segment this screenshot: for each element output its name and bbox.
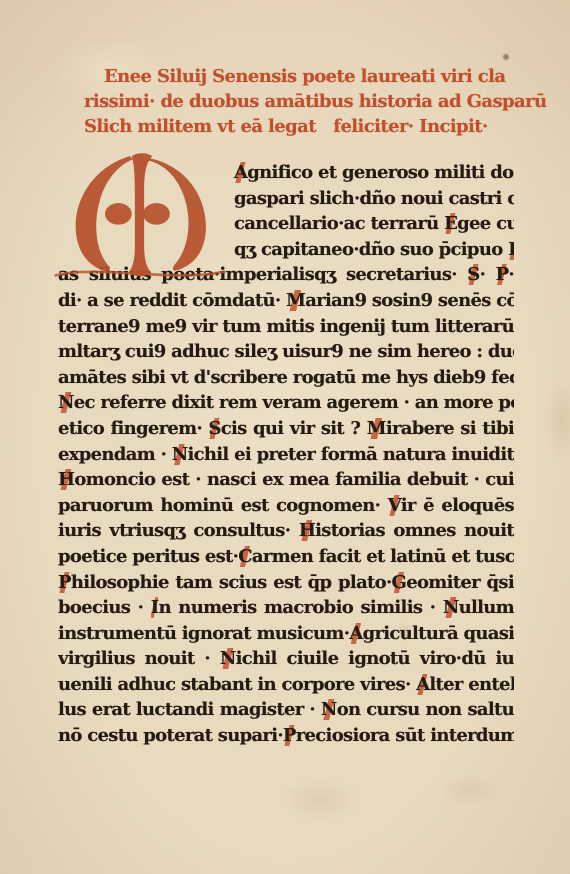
text-line: boecius · In numeris macrobio similis · … — [58, 595, 514, 621]
text-line: Homoncio est · nasci ex mea familia debu… — [58, 467, 514, 493]
text-line: terrane9 me9 vir tum mitis ingenij tum l… — [58, 314, 514, 340]
text-line: poetice peritus est·Carmen facit et lati… — [58, 544, 514, 570]
rubricated-capital: C — [238, 546, 252, 567]
text-line: di· a se reddit cōmdatū· Marian9 sosin9 … — [58, 288, 514, 314]
rubricated-capital: P — [58, 572, 71, 593]
manuscript-page: Enee Siluij Senensis poete laureati viri… — [0, 0, 570, 874]
text-line: virgilius nouit · Nichil ciuile ignotū v… — [58, 646, 514, 672]
text-line: cancellario·ac terrarū Egee cubiti — [58, 211, 514, 237]
text-block: Agnifico et generoso militi dominogaspar… — [58, 160, 514, 749]
rubricated-capital: A — [349, 623, 362, 644]
rubricated-capital: N — [443, 597, 459, 618]
text-line: paruorum hominū est cognomen· Vir ē eloq… — [58, 493, 514, 519]
rubricated-capital: N — [321, 699, 337, 720]
heading-line: rissimi· de duobus amātibus historia ad … — [84, 89, 514, 114]
rubricated-capital: P — [496, 264, 509, 285]
heading-line: Slich militem vt eā legat feliciter· Inc… — [84, 114, 514, 139]
text-line: lus erat luctandi magister · Non cursu n… — [58, 697, 514, 723]
text-line: etico fingerem· Scis qui vir sit ? Mirab… — [58, 416, 514, 442]
rubricated-capital: M — [367, 418, 386, 439]
text-line: instrumentū ignorat musicum·Agriculturā … — [58, 621, 514, 647]
rubricated-capital: G — [392, 572, 407, 593]
rubricated-capital: E — [508, 239, 514, 260]
text-line: nō cestu poterat supari·Preciosiora sūt … — [58, 723, 514, 749]
rubricated-capital: E — [444, 213, 457, 234]
text-line: gaspari slich·dño noui castri cesareo — [58, 186, 514, 212]
text-line: uenili adhuc stabant in corpore vires· A… — [58, 672, 514, 698]
rubricated-capital: I — [151, 597, 159, 618]
text-line: as siluius poeta·imperialisqʒ secretariu… — [58, 262, 514, 288]
text-line: qʒ capitaneo·dño suo p̄cipuo Ene — [58, 237, 514, 263]
rubricated-heading: Enee Siluij Senensis poete laureati viri… — [58, 64, 514, 139]
text-line: expendam · Nichil ei preter formā natura… — [58, 442, 514, 468]
rubricated-capital: S — [208, 418, 220, 439]
rubricated-capital: S — [467, 264, 479, 285]
text-line: Agnifico et generoso militi domino — [58, 160, 514, 186]
text-line: mltarʒ cui9 adhuc sileʒ uisur9 ne sim he… — [58, 339, 514, 365]
text-line: iuris vtriusqʒ consultus· Historias omne… — [58, 518, 514, 544]
rubricated-capital: A — [234, 162, 247, 183]
heading-line: Enee Siluij Senensis poete laureati viri… — [104, 64, 514, 89]
text-line: Philosophie tam scius est q̄p plato·Geom… — [58, 570, 514, 596]
rubricated-capital: M — [286, 290, 305, 311]
text-line: amātes sibi vt d'scribere rogatū me hys … — [58, 365, 514, 391]
rubricated-capital: N — [172, 444, 188, 465]
rubricated-capital: N — [220, 648, 236, 669]
rubricated-capital: H — [299, 520, 315, 541]
rubricated-capital: V — [388, 495, 401, 516]
rubricated-capital: H — [58, 469, 74, 490]
rubricated-capital: N — [58, 392, 74, 413]
text-line: Nec referre dixit rem veram agerem · an … — [58, 390, 514, 416]
rubricated-capital: A — [416, 674, 429, 695]
rubricated-capital: P — [283, 725, 296, 746]
